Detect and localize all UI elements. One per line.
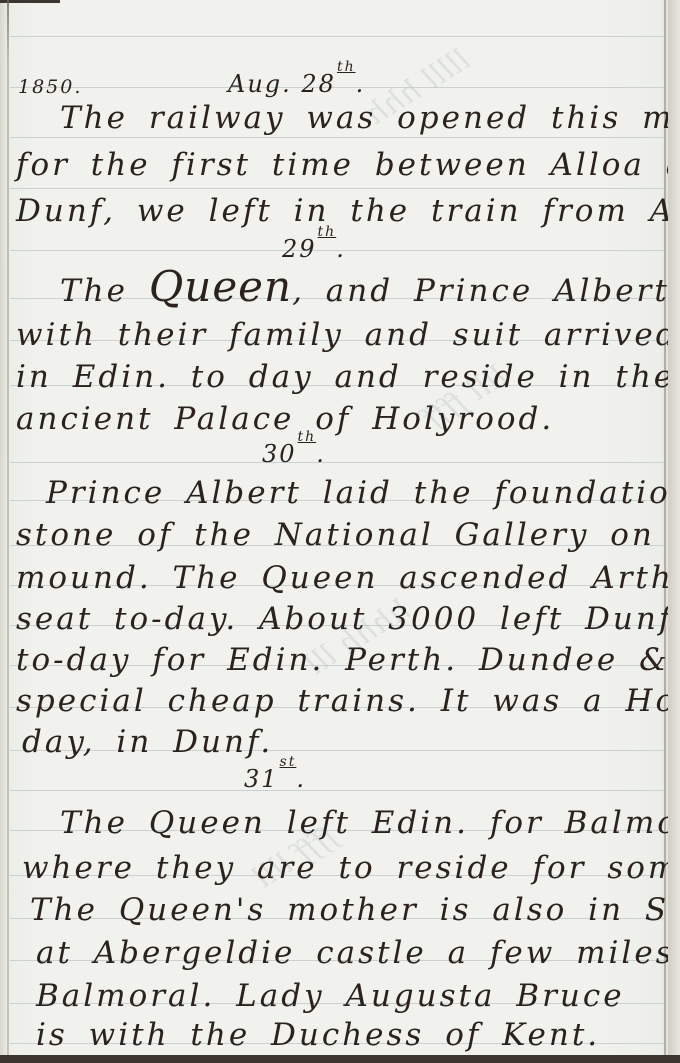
- entry-line: where they are to reside for some time.: [22, 853, 668, 884]
- entry-date: 31st.: [244, 765, 306, 793]
- entry-date: Aug. 28th.: [228, 70, 365, 98]
- left-margin-line: [7, 0, 9, 1055]
- entry-line: The railway was opened this morn.: [60, 103, 668, 134]
- entry-line: Dunf, we left in the train from Alloa.: [16, 196, 668, 227]
- entry-line: in Edin. to day and reside in the: [16, 362, 668, 393]
- entry-line: The Queen left Edin. for Balmoral: [60, 808, 668, 839]
- entry-line: for the first time between Alloa and: [16, 150, 668, 181]
- entry-line: Balmoral. Lady Augusta Bruce: [36, 981, 625, 1012]
- next-page-edge: [668, 0, 680, 1063]
- entry-line: at Abergeldie castle a few miles from: [36, 938, 668, 969]
- entry-line: stone of the National Gallery on the: [16, 520, 668, 551]
- entry-line: The Queen, and Prince Albert: [60, 266, 668, 308]
- diary-page: lllll hhh llll ffff hhhh lll ffff llll 1…: [0, 0, 668, 1055]
- book-bottom-edge: [0, 1055, 680, 1063]
- entry-line: is with the Duchess of Kent.: [36, 1020, 600, 1051]
- entry-line: mound. The Queen ascended Arthur: [16, 563, 668, 594]
- entry-line: day, in Dunf.: [22, 727, 273, 758]
- entry-line: with their family and suit arrived: [16, 320, 668, 351]
- entry-line: The Queen's mother is also in Scotland: [30, 895, 668, 926]
- ruled-line: [10, 462, 664, 463]
- entry-line: Prince Albert laid the foundation: [46, 478, 668, 509]
- year-heading: 1850.: [18, 76, 82, 98]
- entry-date: 29th.: [282, 235, 346, 263]
- entry-line: seat to-day. About 3000 left Dunf.: [16, 604, 668, 635]
- ruled-line: [10, 188, 664, 189]
- binding-shadow: [0, 0, 60, 3]
- ruled-line: [10, 790, 664, 791]
- entry-line: special cheap trains. It was a Holi-: [16, 686, 668, 717]
- ruled-line: [10, 36, 664, 37]
- ruled-line: [10, 137, 664, 138]
- queen-emphasis: Queen: [149, 262, 292, 311]
- entry-line: ancient Palace of Holyrood.: [16, 404, 554, 435]
- entry-date: 30th.: [262, 440, 326, 468]
- entry-line: to-day for Edin. Perth. Dundee &cc by: [16, 645, 668, 676]
